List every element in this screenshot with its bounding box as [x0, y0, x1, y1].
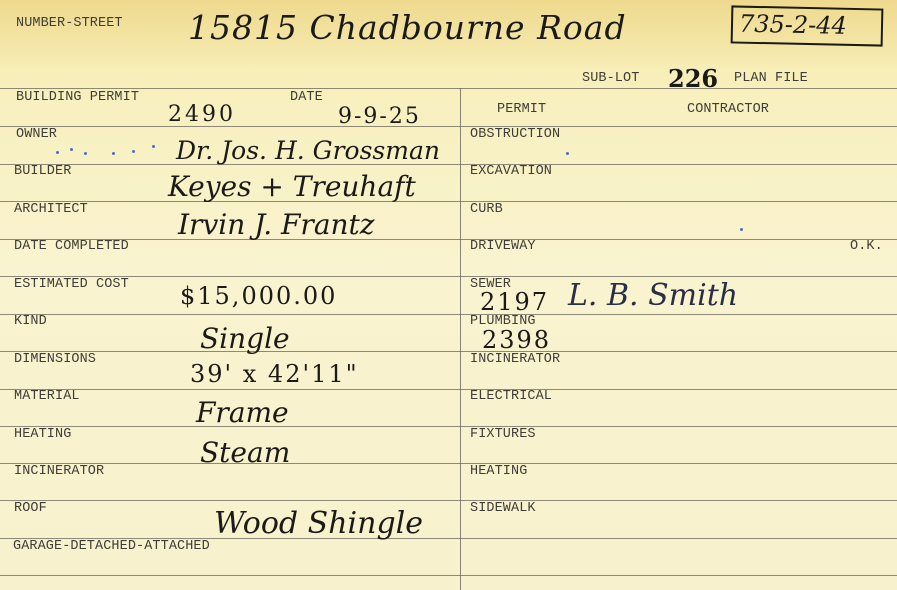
permit-column-header: PERMIT [497, 102, 546, 117]
rule [0, 389, 897, 390]
rule [0, 276, 897, 277]
dimensions-label: DIMENSIONS [14, 352, 96, 367]
kind-label: KIND [14, 314, 47, 329]
material-label: MATERIAL [14, 389, 80, 404]
rule [0, 239, 897, 240]
plumbing-permit-value: 2398 [482, 326, 551, 354]
ink-speck [70, 148, 73, 151]
sub-lot-label: SUB-LOT [582, 71, 639, 86]
building-permit-card: NUMBER-STREET 15815 Chadbourne Road 735-… [0, 0, 897, 590]
rule [0, 351, 897, 352]
rule [0, 314, 897, 315]
garage-label: GARAGE-DETACHED-ATTACHED [13, 539, 210, 554]
contractor-column-header: CONTRACTOR [687, 102, 769, 117]
ink-speck [84, 152, 87, 155]
ink-speck [112, 152, 115, 155]
date-value: 9-9-25 [338, 104, 421, 129]
curb-label: CURB [470, 202, 503, 217]
column-divider [460, 88, 461, 590]
rule [0, 500, 897, 501]
driveway-status: O.K. [850, 239, 883, 254]
sewer-permit-value: 2197 [480, 288, 549, 316]
file-code-value: 735-2-44 [739, 10, 847, 40]
kind-value: Single [200, 322, 290, 355]
heating-permit-label: HEATING [470, 464, 527, 479]
architect-value: Irvin J. Frantz [178, 208, 375, 241]
fixtures-label: FIXTURES [470, 427, 536, 442]
estimated-cost-value: $15,000.00 [180, 282, 337, 310]
rule [0, 88, 897, 89]
rule [0, 426, 897, 427]
dimensions-value: 39' x 42'11" [190, 360, 359, 388]
driveway-label: DRIVEWAY [470, 239, 536, 254]
obstruction-label: OBSTRUCTION [470, 127, 560, 142]
plan-file-label: PLAN FILE [734, 71, 808, 86]
building-permit-value: 2490 [168, 102, 236, 127]
file-code-box: 735-2-44 [731, 5, 884, 46]
date-completed-label: DATE COMPLETED [14, 239, 129, 254]
number-street-value: 15815 Chadbourne Road [188, 8, 627, 47]
heating-value: Steam [200, 436, 290, 469]
sidewalk-label: SIDEWALK [470, 501, 536, 516]
ink-speck [152, 145, 155, 148]
building-permit-label: BUILDING PERMIT [16, 90, 139, 105]
estimated-cost-label: ESTIMATED COST [14, 277, 129, 292]
rule [0, 126, 897, 127]
date-label: DATE [290, 90, 323, 105]
electrical-label: ELECTRICAL [470, 389, 552, 404]
roof-label: ROOF [14, 501, 47, 516]
ink-speck [740, 228, 743, 231]
ink-speck [566, 152, 569, 155]
number-street-label: NUMBER-STREET [16, 16, 123, 31]
builder-value: Keyes + Treuhaft [168, 170, 416, 203]
builder-label: BUILDER [14, 164, 71, 179]
sewer-contractor-value: L. B. Smith [568, 278, 738, 313]
excavation-label: EXCAVATION [470, 164, 552, 179]
rule [0, 575, 897, 576]
roof-value: Wood Shingle [214, 506, 423, 541]
architect-label: ARCHITECT [14, 202, 88, 217]
rule [0, 463, 897, 464]
ink-speck [56, 151, 59, 154]
material-value: Frame [196, 396, 289, 429]
owner-value: Dr. Jos. H. Grossman [176, 136, 440, 165]
incinerator-permit-label: INCINERATOR [470, 352, 560, 367]
owner-label: OWNER [16, 127, 57, 142]
incinerator-label: INCINERATOR [14, 464, 104, 479]
rule [0, 164, 897, 165]
rule [0, 201, 897, 202]
ink-speck [132, 150, 135, 153]
heating-label: HEATING [14, 427, 71, 442]
